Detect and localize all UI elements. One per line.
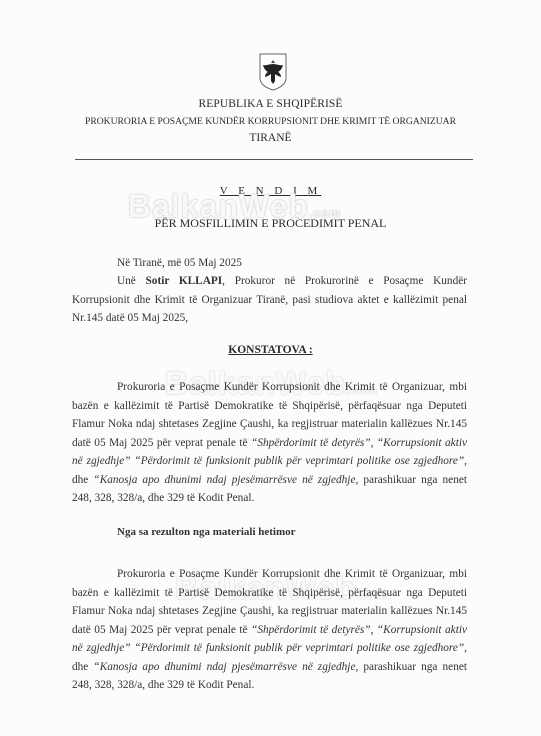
prosecutor-name: Sotir KLLAPI — [146, 275, 223, 287]
institution-name: PROKURORIA E POSAÇME KUNDËR KORRUPSIONIT… — [0, 116, 541, 127]
intro-paragraph: Unë Sotir KLLAPI, Prokuror në Prokurorin… — [72, 272, 467, 328]
header-divider — [75, 159, 473, 160]
body-paragraph: Prokuroria e Posaçme Kundër Korrupsionit… — [72, 378, 467, 508]
body-paragraph: Prokuroria e Posaçme Kundër Korrupsionit… — [72, 565, 467, 695]
city-name: TIRANË — [0, 132, 541, 144]
document-page: REPUBLIKA E SHQIPËRISË PROKURORIA E POSA… — [0, 0, 541, 736]
date-line: Në Tiranë, më 05 Maj 2025 — [117, 254, 512, 273]
subheading: Nga sa rezulton nga materiali hetimor — [117, 523, 512, 542]
document-title: V E N D I M — [0, 185, 541, 197]
country-name: REPUBLIKA E SHQIPËRISË — [0, 98, 541, 110]
albanian-coat-of-arms-icon — [258, 52, 288, 92]
section-heading: KONSTATOVA : — [0, 344, 541, 356]
document-subtitle: PËR MOSFILLIMIN E PROCEDIMIT PENAL — [0, 216, 541, 231]
